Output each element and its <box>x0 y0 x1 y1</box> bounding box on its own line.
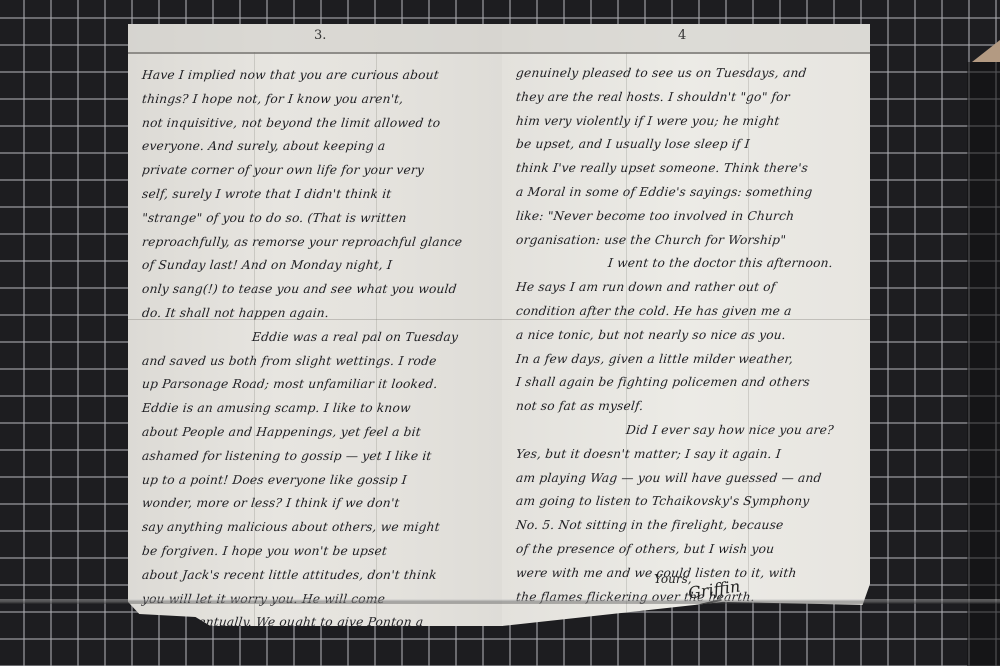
text-line: Yes, but it doesn't matter; I say it aga… <box>515 443 862 467</box>
scan-background-grid: 3. Have I implied now that you are curio… <box>0 0 1000 666</box>
text-line: private corner of your own life for your… <box>141 159 495 183</box>
text-line: am going to listen to Tchaikovsky's Symp… <box>515 490 862 514</box>
text-line: am playing Wag — you will have guessed —… <box>515 467 862 491</box>
text-line: reproachfully, as remorse your reproachf… <box>141 231 495 255</box>
text-line: organisation: use the Church for Worship… <box>515 229 862 253</box>
text-line: genuinely pleased to see us on Tuesdays,… <box>515 62 862 86</box>
letter-signoff: Yours, <box>654 572 692 586</box>
text-line: of the presence of others, but I wish yo… <box>515 538 862 562</box>
text-line: Eddie is an amusing scamp. I like to kno… <box>141 397 495 421</box>
left-page: 3. Have I implied now that you are curio… <box>128 24 503 626</box>
text-line: they are the real hosts. I shouldn't "go… <box>515 86 862 110</box>
text-line: about People and Happenings, yet feel a … <box>141 421 495 445</box>
text-line: a nice tonic, but not nearly so nice as … <box>515 324 862 348</box>
corner-tab <box>972 40 1000 62</box>
text-line: ashamed for listening to gossip — yet I … <box>141 445 495 469</box>
text-line: Have I implied now that you are curious … <box>141 64 495 88</box>
text-line: only sang(!) to tease you and see what y… <box>141 278 495 302</box>
text-line: everyone. And surely, about keeping a <box>141 135 495 159</box>
text-line: In a few days, given a little milder wea… <box>515 348 862 372</box>
text-line: Did I ever say how nice you are? <box>515 419 862 443</box>
text-line: "strange" of you to do so. (That is writ… <box>141 207 495 231</box>
left-page-text: Have I implied now that you are curious … <box>142 64 493 659</box>
text-line: up Parsonage Road; most unfamiliar it lo… <box>141 373 495 397</box>
text-line: do. It shall not happen again. <box>141 302 495 326</box>
text-line: and saved us both from slight wettings. … <box>141 350 495 374</box>
text-line: round eventually. We ought to give Ponto… <box>141 611 495 635</box>
right-page-text: genuinely pleased to see us on Tuesdays,… <box>516 62 860 609</box>
page-header-band: 3. <box>128 24 503 54</box>
text-line: Newmarket a turn. Anyway, Mr & Mrs B. ar… <box>141 635 495 659</box>
text-line: wonder, more or less? I think if we don'… <box>141 492 495 516</box>
text-line: about Jack's recent little attitudes, do… <box>141 564 495 588</box>
text-line: No. 5. Not sitting in the firelight, bec… <box>515 514 862 538</box>
text-line: I went to the doctor this afternoon. <box>515 252 862 276</box>
text-line: be forgiven. I hope you won't be upset <box>141 540 495 564</box>
text-line: things? I hope not, for I know you aren'… <box>141 88 495 112</box>
text-line: Eddie was a real pal on Tuesday <box>141 326 495 350</box>
text-line: of Sunday last! And on Monday night, I <box>141 254 495 278</box>
text-line: I shall again be fighting policemen and … <box>515 371 862 395</box>
text-line: up to a point! Does everyone like gossip… <box>141 469 495 493</box>
text-line: He says I am run down and rather out of <box>515 276 862 300</box>
text-line: condition after the cold. He has given m… <box>515 300 862 324</box>
letter: 3. Have I implied now that you are curio… <box>128 24 870 626</box>
text-line: a Moral in some of Eddie's sayings: some… <box>515 181 862 205</box>
text-line: him very violently if I were you; he mig… <box>515 110 862 134</box>
text-line: think I've really upset someone. Think t… <box>515 157 862 181</box>
text-line: self, surely I wrote that I didn't think… <box>141 183 495 207</box>
text-line: not inquisitive, not beyond the limit al… <box>141 112 495 136</box>
background-edge-strip <box>967 62 1000 666</box>
glass-edge <box>0 599 1000 604</box>
right-page: 4 genuinely pleased to see us on Tuesday… <box>502 24 870 626</box>
page-number: 3. <box>314 28 326 43</box>
text-line: not so fat as myself. <box>515 395 862 419</box>
text-line: say anything malicious about others, we … <box>141 516 495 540</box>
text-line: like: "Never become too involved in Chur… <box>515 205 862 229</box>
page-header-band: 4 <box>502 24 870 54</box>
text-line: be upset, and I usually lose sleep if I <box>515 133 862 157</box>
page-number: 4 <box>678 28 686 43</box>
